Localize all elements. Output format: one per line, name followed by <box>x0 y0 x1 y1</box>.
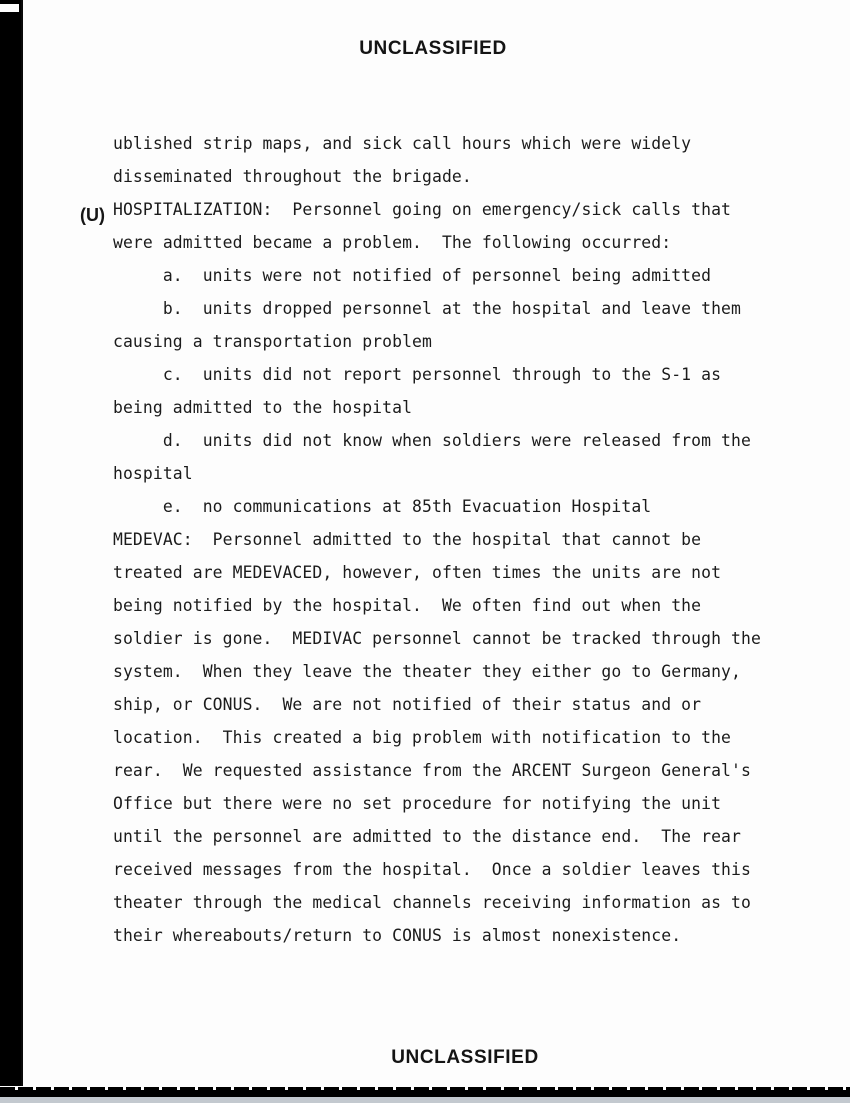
text-line: c. units did not report personnel throug… <box>113 358 813 391</box>
text-line: their whereabouts/return to CONUS is alm… <box>113 919 813 952</box>
text-line: were admitted became a problem. The foll… <box>113 226 813 259</box>
text-line: being notified by the hospital. We often… <box>113 589 813 622</box>
text-line: ublished strip maps, and sick call hours… <box>113 127 813 160</box>
text-line: disseminated throughout the brigade. <box>113 160 813 193</box>
text-line: MEDEVAC: Personnel admitted to the hospi… <box>113 523 813 556</box>
text-line: e. no communications at 85th Evacuation … <box>113 490 813 523</box>
text-line: d. units did not know when soldiers were… <box>113 424 813 457</box>
text-line: causing a transportation problem <box>113 325 813 358</box>
scan-bottom-strip <box>0 1097 850 1103</box>
text-line: treated are MEDEVACED, however, often ti… <box>113 556 813 589</box>
text-line: HOSPITALIZATION: Personnel going on emer… <box>113 193 813 226</box>
scanned-document-page: UNCLASSIFIED (U) ublished strip maps, an… <box>0 0 850 1103</box>
text-line: b. units dropped personnel at the hospit… <box>113 292 813 325</box>
text-line: until the personnel are admitted to the … <box>113 820 813 853</box>
scan-edge-bar <box>0 0 23 1086</box>
text-line: location. This created a big problem wit… <box>113 721 813 754</box>
text-line: rear. We requested assistance from the A… <box>113 754 813 787</box>
bottom-classification-banner: UNCLASSIFIED <box>0 1047 850 1069</box>
scan-bottom-band-ticks <box>0 1087 850 1090</box>
text-line: being admitted to the hospital <box>113 391 813 424</box>
text-line: soldier is gone. MEDIVAC personnel canno… <box>113 622 813 655</box>
text-line: received messages from the hospital. Onc… <box>113 853 813 886</box>
top-classification-banner: UNCLASSIFIED <box>0 38 850 60</box>
document-body: ublished strip maps, and sick call hours… <box>113 127 813 952</box>
text-line: system. When they leave the theater they… <box>113 655 813 688</box>
text-line: hospital <box>113 457 813 490</box>
paragraph-classification-marker: (U) <box>80 205 105 226</box>
text-line: a. units were not notified of personnel … <box>113 259 813 292</box>
text-line: Office but there were no set procedure f… <box>113 787 813 820</box>
text-line: theater through the medical channels rec… <box>113 886 813 919</box>
text-line: ship, or CONUS. We are not notified of t… <box>113 688 813 721</box>
scan-edge-notch <box>0 4 19 12</box>
